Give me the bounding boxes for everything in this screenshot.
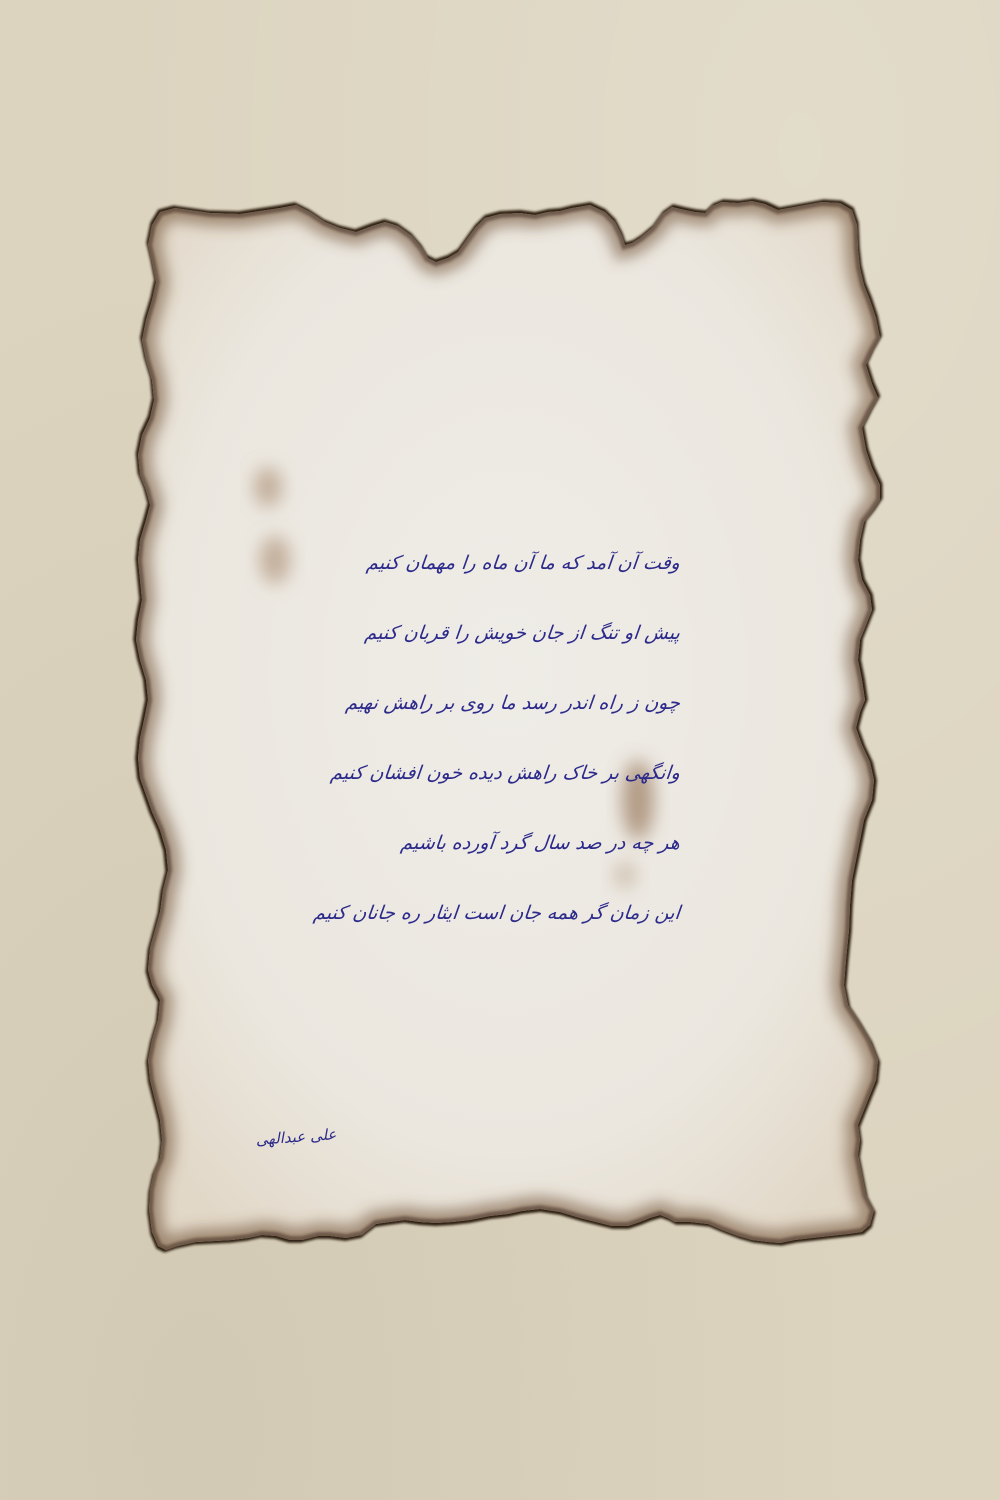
poem-verse-1: وقت آن آمد که ما آن ماه را مهمان کنیم — [346, 528, 683, 598]
poem-verse-3: چون ز راه اندر رسد ما روی بر راهش نهیم — [346, 668, 683, 738]
poem-verse-4: وانگهی بر خاک راهش دیده خون افشان کنیم — [346, 738, 683, 808]
handwritten-poem: وقت آن آمد که ما آن ماه را مهمان کنیم پی… — [350, 528, 680, 948]
poem-verse-5: هر چه در صد سال گرد آورده باشیم — [346, 808, 683, 878]
poem-verse-6: این زمان گر همه جان است ایثار ره جانان ک… — [346, 878, 683, 948]
stain-left-middle — [260, 536, 290, 584]
poem-verse-2: پیش او تنگ از جان خویش را قربان کنیم — [346, 598, 683, 668]
stain-upper-left — [254, 467, 282, 507]
